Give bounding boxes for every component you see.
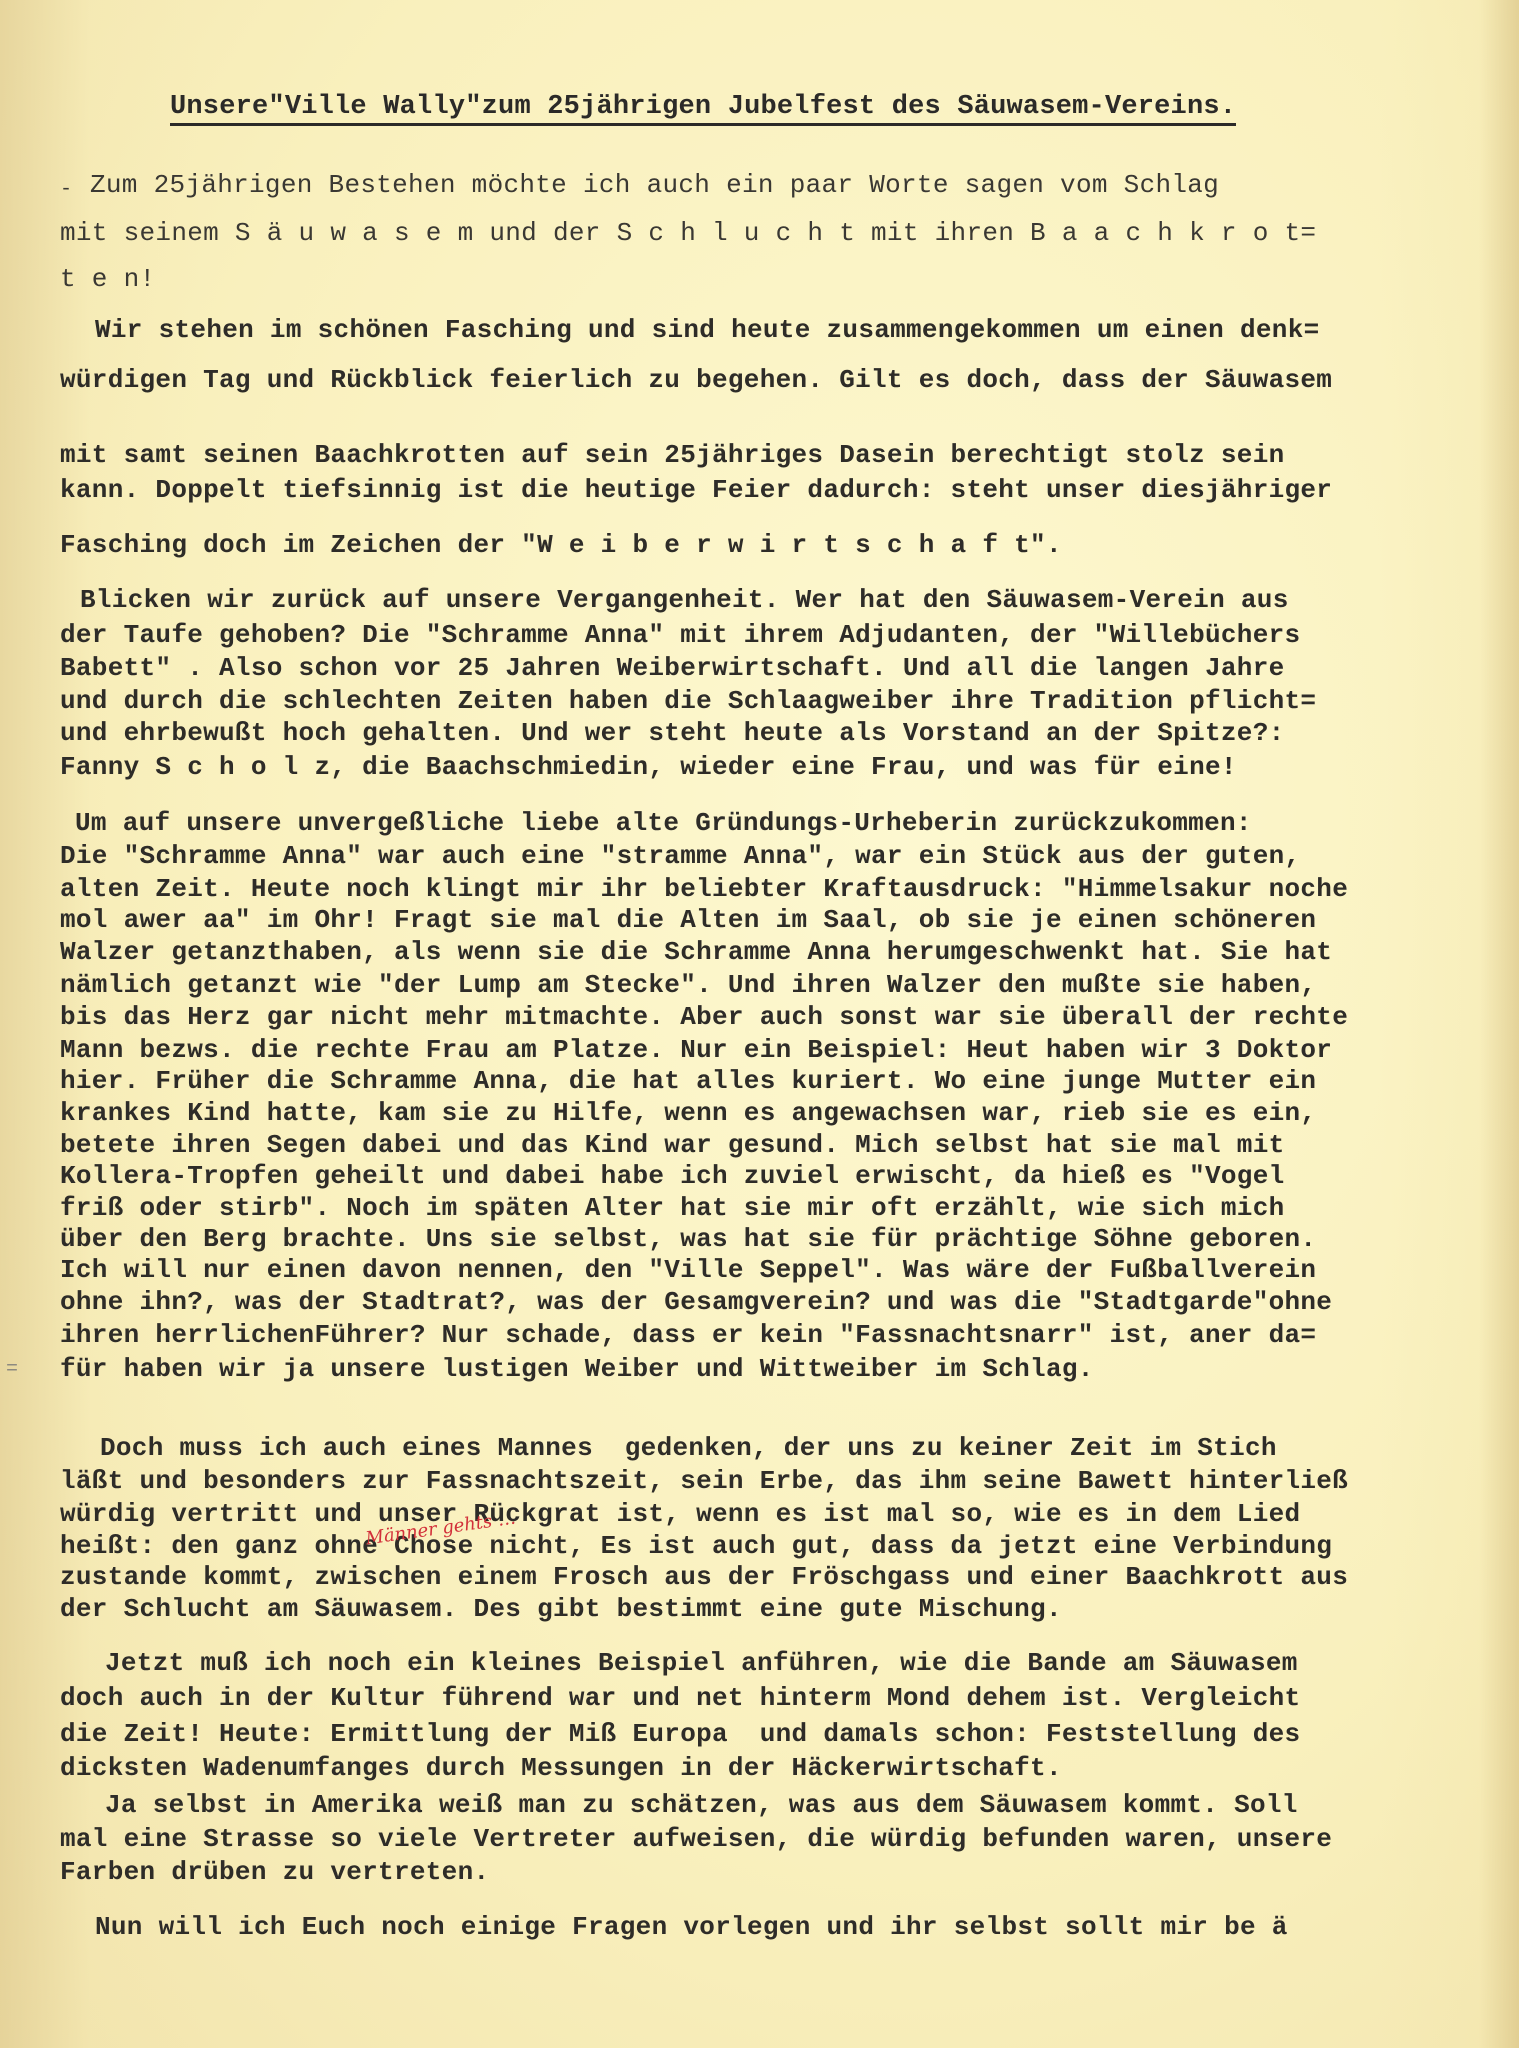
text-line: Babett" . Also schon vor 25 Jahren Weibe… [60,653,1285,683]
text-line: Doch muss ich auch eines Mannes gedenken… [100,1433,1277,1463]
text-line: Die "Schramme Anna" war auch eine "stram… [60,841,1300,871]
typewritten-page: Unsere"Ville Wally"zum 25jährigen Jubelf… [0,0,1519,2048]
text-line: Zum 25jährigen Bestehen möchte ich auch … [90,170,1219,200]
text-line: Ich will nur einen davon nennen, den "Vi… [60,1255,1316,1285]
text-line: Fanny S c h o l z, die Baachschmiedin, w… [60,752,1237,782]
text-line: der Taufe gehoben? Die "Schramme Anna" m… [60,620,1300,650]
text-line: würdig vertritt und unser Rückgrat ist, … [60,1499,1300,1529]
text-line: Um auf unsere unvergeßliche liebe alte G… [75,808,1252,838]
text-line: die Zeit! Heute: Ermittlung der Miß Euro… [60,1719,1300,1749]
text-line: der Schlucht am Säuwasem. Des gibt besti… [60,1594,1062,1624]
text-line: alten Zeit. Heute noch klingt mir ihr be… [60,874,1348,904]
text-line: zustande kommt, zwischen einem Frosch au… [60,1562,1348,1592]
text-line: mal eine Strasse so viele Vertreter aufw… [60,1824,1332,1854]
text-line: und ehrbewußt hoch gehalten. Und wer ste… [60,718,1285,748]
text-line: über den Berg brachte. Uns sie selbst, w… [60,1224,1316,1254]
text-line: hier. Früher die Schramme Anna, die hat … [60,1066,1316,1096]
text-line: krankes Kind hatte, kam sie zu Hilfe, we… [60,1098,1316,1128]
text-line: Ja selbst in Amerika weiß man zu schätze… [105,1790,1298,1820]
text-line: Jetzt muß ich noch ein kleines Beispiel … [105,1648,1298,1678]
text-line: friß oder stirb". Noch im späten Alter h… [60,1193,1285,1223]
text-line: dicksten Wadenumfanges durch Messungen i… [60,1753,1062,1783]
text-line: t e n! [60,264,155,294]
text-line: läßt und besonders zur Fassnachtszeit, s… [60,1466,1348,1496]
text-line: Mann bezws. die rechte Frau am Platze. N… [60,1035,1332,1065]
text-line: bis das Herz gar nicht mehr mitmachte. A… [60,1002,1348,1032]
text-line: Wir stehen im schönen Fasching und sind … [95,315,1320,345]
text-line: Blicken wir zurück auf unsere Vergangenh… [80,585,1289,615]
text-line: mol awer aa" im Ohr! Fragt sie mal die A… [60,905,1316,935]
text-line: ohne ihn?, was der Stadtrat?, was der Ge… [60,1287,1332,1317]
text-line: nämlich getanzt wie "der Lump am Stecke"… [60,970,1316,1000]
text-line: für haben wir ja unsere lustigen Weiber … [60,1354,1094,1384]
text-line: Walzer getanzthaben, als wenn sie die Sc… [60,937,1332,967]
margin-dash: - [60,178,72,201]
text-line: Nun will ich Euch noch einige Fragen vor… [95,1912,1288,1942]
document-title: Unsere"Ville Wally"zum 25jährigen Jubelf… [170,92,1236,126]
text-line: mit samt seinen Baachkrotten auf sein 25… [60,440,1285,470]
text-line: kann. Doppelt tiefsinnig ist die heutige… [60,475,1332,505]
text-line: und durch die schlechten Zeiten haben di… [60,686,1316,716]
margin-mark: = [6,1358,18,1381]
text-line: heißt: den ganz ohne Chose nicht, Es ist… [60,1531,1332,1561]
text-line: würdigen Tag und Rückblick feierlich zu … [60,365,1332,395]
text-line: doch auch in der Kultur führend war und … [60,1683,1300,1713]
text-line: ihren herrlichenFührer? Nur schade, dass… [60,1320,1316,1350]
text-line: betete ihren Segen dabei und das Kind wa… [60,1130,1285,1160]
text-line: Kollera-Tropfen geheilt und dabei habe i… [60,1161,1285,1191]
text-line: mit seinem S ä u w a s e m und der S c h… [60,218,1316,248]
text-line: Fasching doch im Zeichen der "W e i b e … [60,530,1062,560]
text-line: Farben drüben zu vertreten. [60,1857,489,1887]
